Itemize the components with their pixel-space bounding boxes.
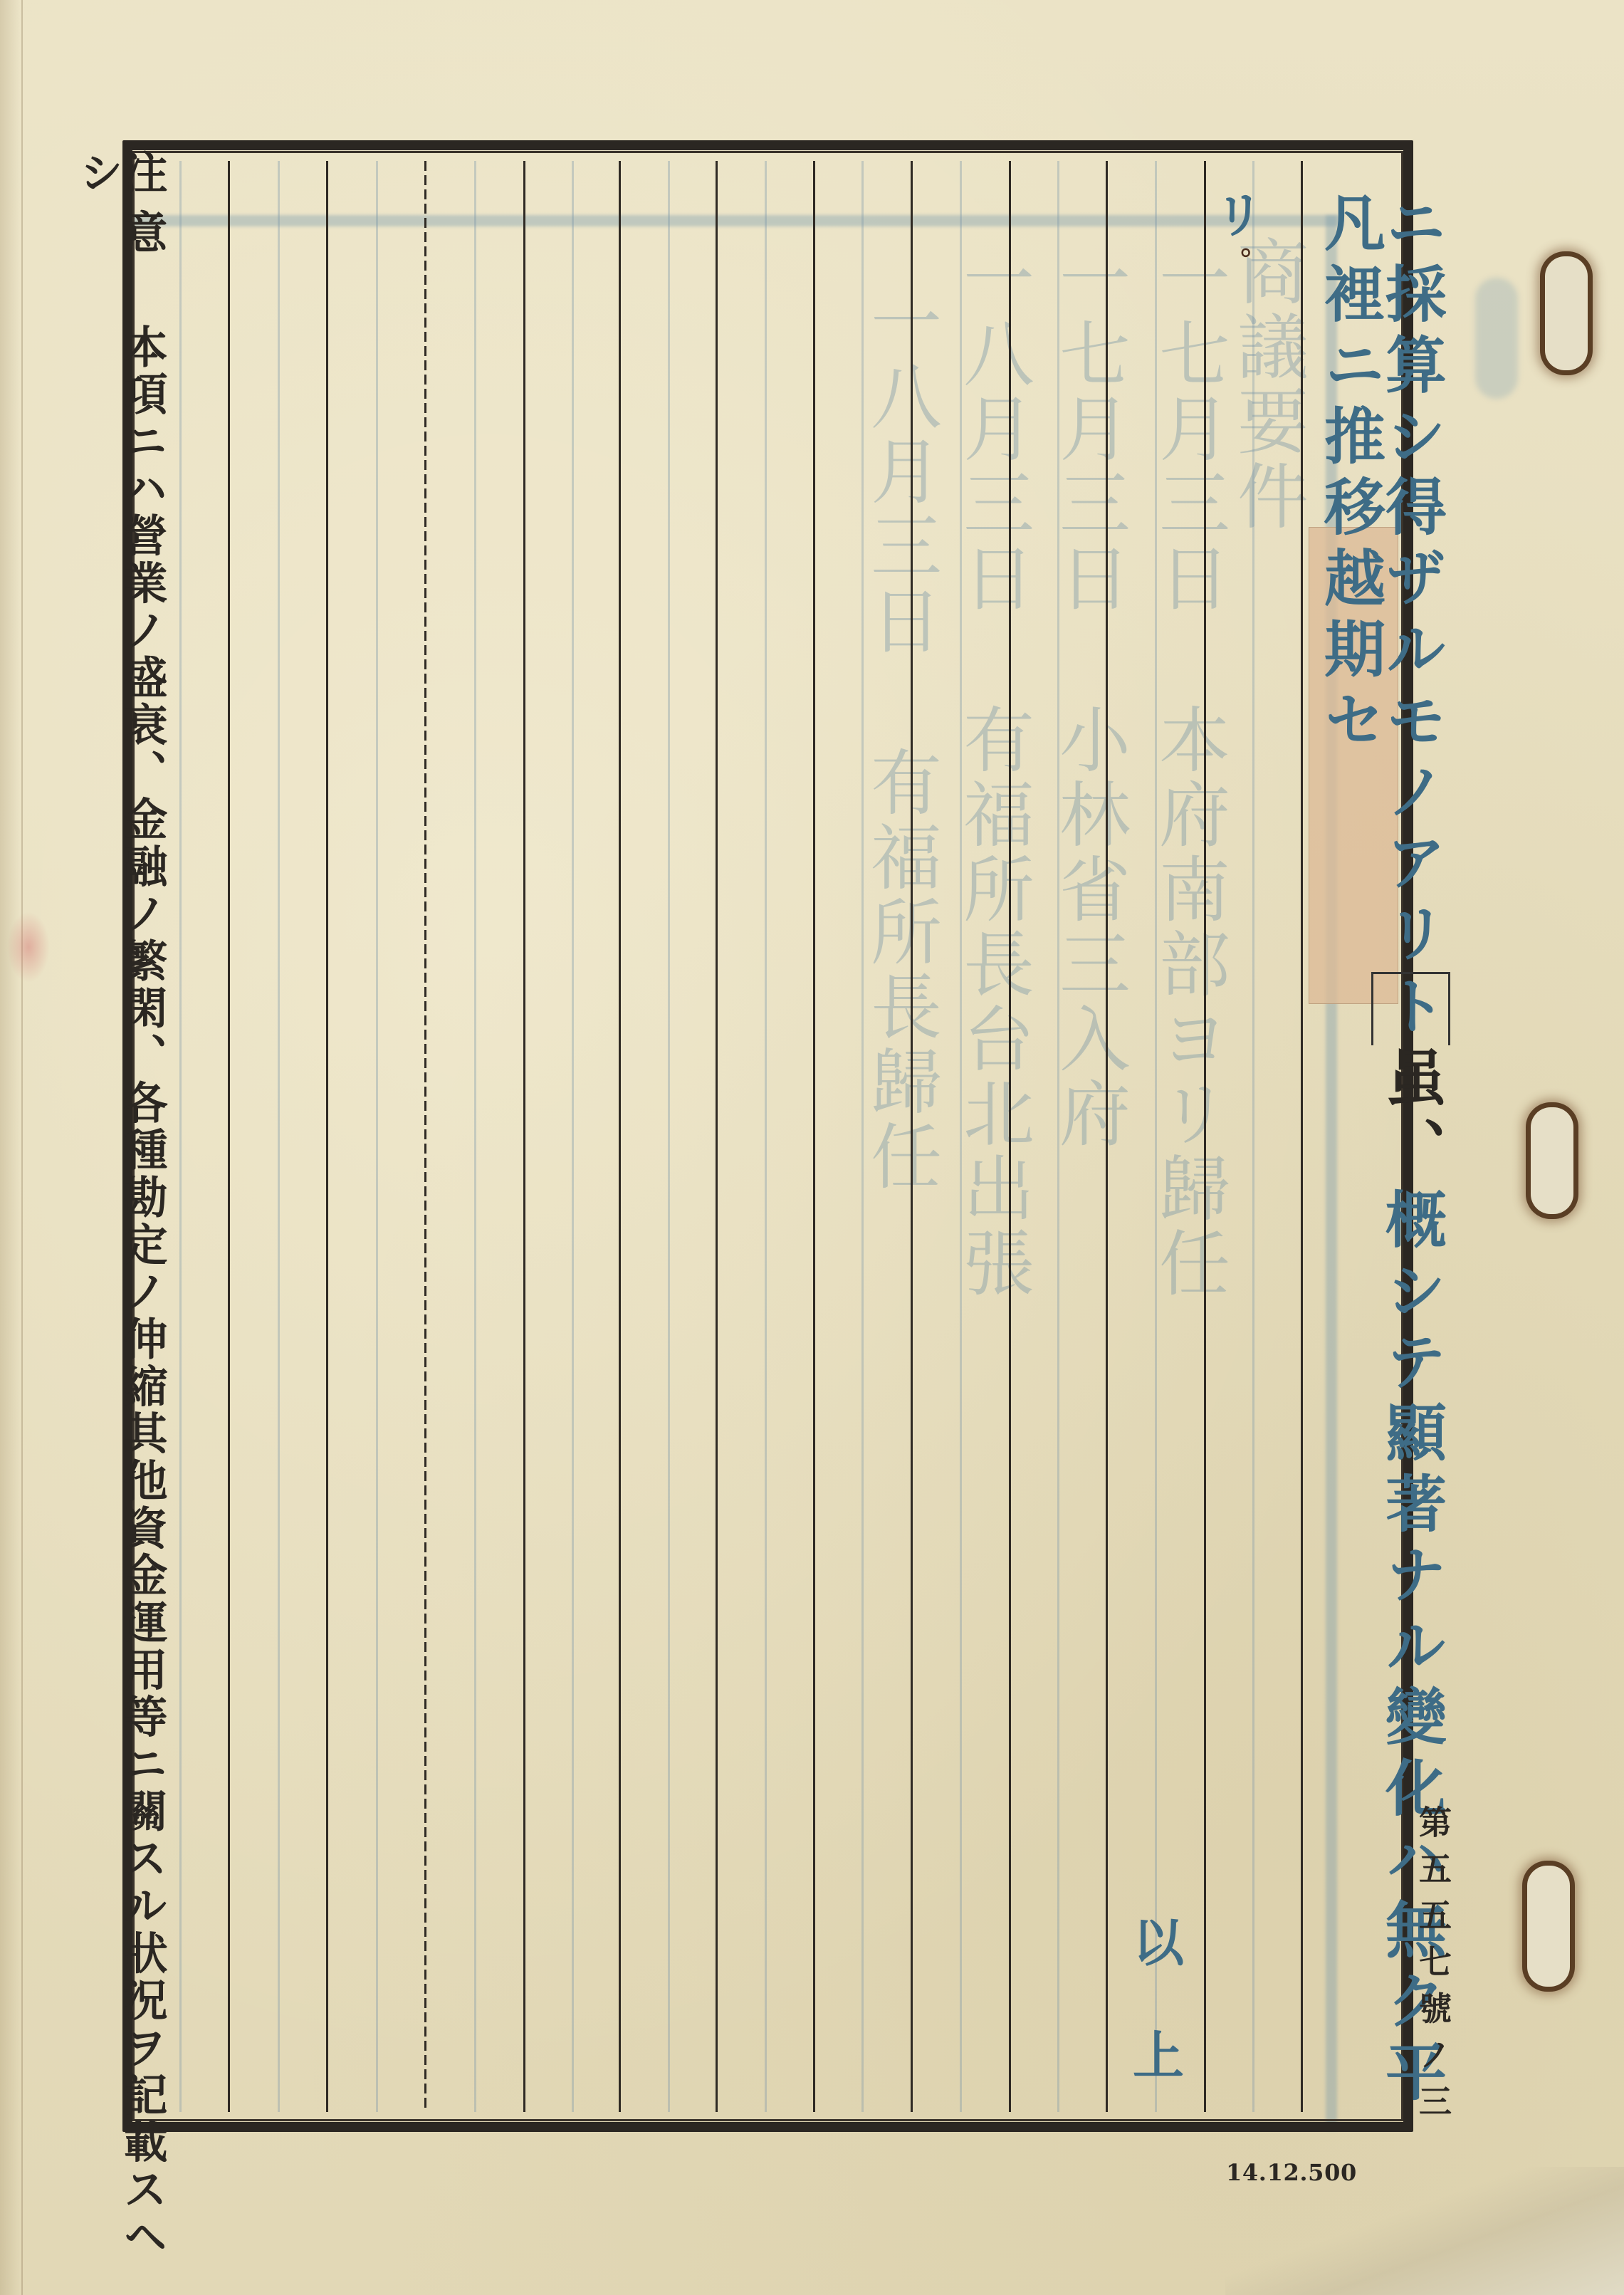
- binding-hole-icon: [1531, 1107, 1573, 1214]
- column-rule: [1106, 161, 1108, 2112]
- column-rule: [326, 161, 328, 2112]
- column-rule: [619, 161, 621, 2112]
- column-rule: [1204, 161, 1206, 2112]
- guide-line: [474, 161, 476, 2112]
- slip-text: ルモノアリ: [1375, 617, 1447, 973]
- binding-hole-icon: [1527, 1866, 1570, 1987]
- paper-left-edge: [0, 0, 20, 2295]
- continuation-text: リ: [1206, 189, 1265, 246]
- notice-body: 本項ニハ營業ノ盛衰、金融ノ繁閑、各種勘定ノ伸縮其他資金運用等ニ關スル狀況ヲ記載ス…: [72, 150, 168, 2261]
- column-rule: [228, 161, 230, 2112]
- period-mark: 。: [1219, 246, 1252, 283]
- guide-line: [572, 161, 574, 2112]
- guide-line: [960, 161, 962, 2112]
- guide-line: [1155, 161, 1157, 2112]
- column-rule: [523, 161, 525, 2112]
- notice-column: 注意 本項ニハ營業ノ盛衰、金融ノ繁閑、各種勘定ノ伸縮其他資金運用等ニ關スル狀況ヲ…: [75, 150, 164, 2295]
- guide-line: [376, 161, 378, 2112]
- form-number: 第五五七號ノ三: [1417, 1805, 1450, 2131]
- main-text-part-1: ニ採算シ得ザ: [1375, 191, 1447, 617]
- column-rule: [1301, 161, 1303, 2112]
- guide-line: [1252, 161, 1254, 2112]
- paper-bottom-curl: [1225, 2167, 1624, 2295]
- print-code: 14.12.500: [1226, 2159, 1357, 2186]
- column-rule: [1009, 161, 1011, 2112]
- column-rule: [813, 161, 815, 2112]
- slip-text-after: 概シ: [1375, 1188, 1447, 1330]
- continuation-column: リ。: [1210, 189, 1260, 283]
- guide-line: [861, 161, 864, 2112]
- form-frame-inner: [132, 151, 1403, 2121]
- binding-hole-icon: [1545, 256, 1588, 370]
- guide-line: [668, 161, 670, 2112]
- paper-fold-line: [21, 0, 23, 2295]
- boxed-mark: ト: [1371, 972, 1450, 1045]
- red-stain: [7, 911, 50, 983]
- guide-line: [179, 161, 182, 2112]
- guide-line: [765, 161, 767, 2112]
- guide-line: [278, 161, 280, 2112]
- closing-ijo: 以上: [1128, 1915, 1180, 2141]
- ink-smudge: [1475, 278, 1518, 399]
- column-rule: [911, 161, 913, 2112]
- column-rule-dashed: [424, 161, 426, 2112]
- handwritten-correction: 虽、: [1375, 1045, 1447, 1188]
- guide-line: [1057, 161, 1059, 2112]
- column-rule: [716, 161, 718, 2112]
